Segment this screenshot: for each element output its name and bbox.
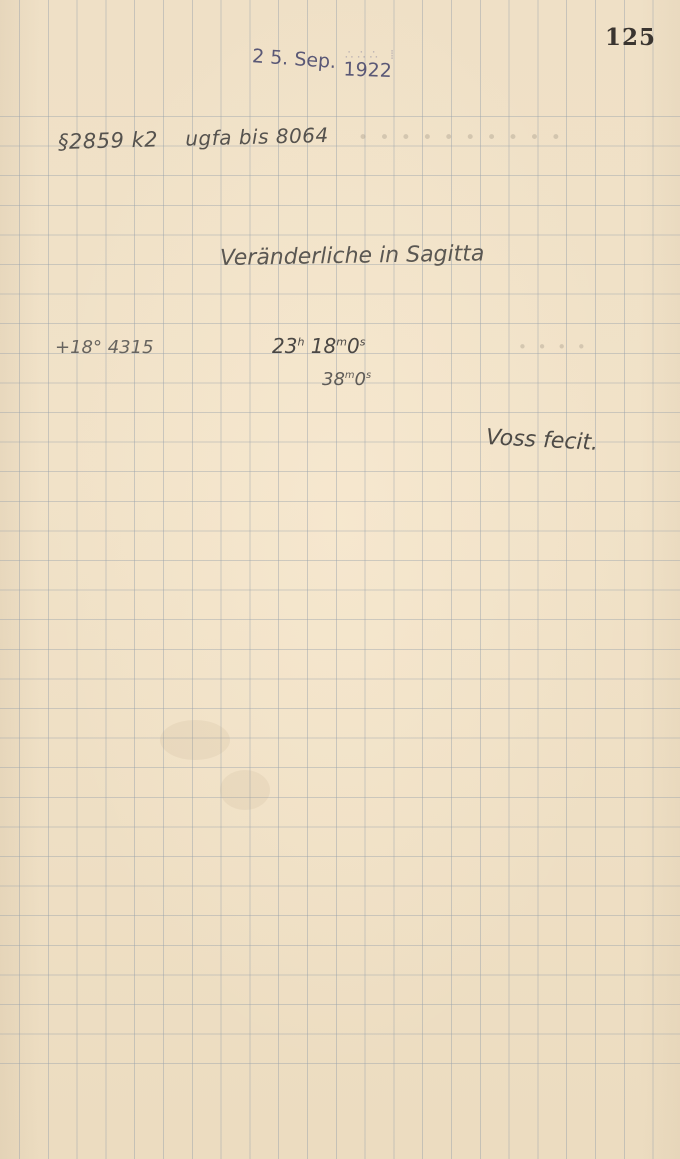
grid-horizontal-lines [0, 88, 680, 1073]
ra-seconds: 0 [347, 334, 360, 358]
ra-seconds: 0 [355, 369, 366, 390]
faint-stamp-mark: ∴∴∴ ⁞ [345, 48, 398, 63]
paper-stain [160, 720, 230, 760]
ra-minutes-unit: m [345, 370, 355, 381]
ra-seconds-unit: s [360, 335, 366, 348]
declination: +18° 4315 [55, 337, 154, 358]
right-ascension-line-2: 38m0s [322, 369, 371, 390]
ra-hours-unit: h [297, 335, 304, 348]
ra-minutes: 18 [311, 334, 336, 358]
catalog-note: ugfa bis 8064 [185, 123, 329, 151]
notebook-page: • • • • • • • • • • • • • • 125 2 5. Sep… [0, 0, 680, 1159]
catalog-designation: §2859 k2 [58, 127, 159, 154]
ra-hours: 23 [272, 334, 297, 358]
paper-stain [220, 770, 270, 810]
bleed-through-text: • • • • • • • • • • [355, 128, 561, 148]
ra-seconds-unit: s [366, 370, 371, 381]
page-number: 125 [605, 24, 656, 51]
right-ascension-line-1: 23h 18m0s [272, 334, 365, 358]
entry-heading: Veränderliche in Sagitta [220, 241, 485, 271]
bleed-through-text: • • • • [515, 338, 586, 356]
ra-minutes: 38 [322, 369, 345, 390]
ra-minutes-unit: m [336, 335, 347, 348]
